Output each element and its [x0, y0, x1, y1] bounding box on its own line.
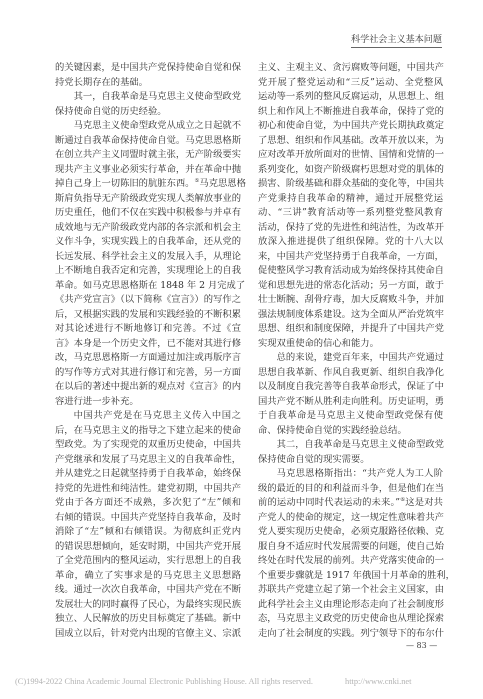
text-line: 党由于各方面还不成熟，多次犯了“左”倾和 [55, 496, 241, 511]
text-segment: 掉自己身上一切陈旧的肮脏东西。 [55, 178, 194, 189]
text-line: 了思想、组织和作风基础。改革开放以来，为 [258, 134, 443, 149]
text-line: 放深入推进提供了组织保障。党的十八大以 [258, 235, 443, 250]
text-line: 的关键因素，是中国共产党保持使命自觉和保 [55, 61, 241, 76]
text-line: 上不断地自我否定和完善，实现理论上的自我 [55, 264, 241, 279]
text-line: 国共产党不断从胜利走向胜利。历史证明，勇 [258, 395, 443, 410]
text-segment: 马克思恩格 [199, 178, 246, 189]
footer-url-link[interactable]: http://www.cnki.net [345, 677, 411, 687]
text-line: 强法规制度体系建设。这为全面从严治党筑牢 [258, 308, 443, 323]
text-line: 持党的先进性和纯洁性。建党初期，中国共产 [55, 482, 241, 497]
text-line: 活动，保持了党的先进性和纯洁性，为改革开 [258, 221, 443, 236]
text-line: 系列变化，如资产阶级腐朽思想对党的肌体的 [258, 163, 443, 178]
text-line: 国成立以后，针对党内出现的官僚主义、宗派 [55, 627, 241, 642]
text-line: 独立、人民解放的历史目标奠定了基础。新中 [55, 612, 241, 627]
text-line: 的错误思想倾向，延安时期，中国共产党开展 [55, 540, 241, 555]
subheading-line: 保持使命自觉的历史经验。 [55, 105, 241, 120]
text-line: 苏联共产党建立起了第一个社会主义国家，由 [258, 583, 443, 598]
text-line: 斯肩负指导无产阶级政党实现人类解放事业的 [55, 192, 241, 207]
text-line: 线。通过一次次自我革命，中国共产党在不断 [55, 583, 241, 598]
subheading-line: 其一，自我革命是马克思主义使命型政党 [55, 90, 241, 105]
text-line: 马克思主义使命型政党从成立之日起就不 [55, 119, 241, 134]
text-line: 的写作等方式对其进行修订和完善，另一方面 [55, 366, 241, 381]
text-line: 产党人的使命的规定，这一规定性意味着共产 [258, 511, 443, 526]
text-line: 在创立共产主义同盟时就主张，无产阶级要实 [55, 148, 241, 163]
text-line: 以及制度自我完善等自我革命形式，保证了中 [258, 380, 443, 395]
text-line: 于自我革命是马克思主义使命型政党保有使 [258, 409, 443, 424]
text-line: 了全党范围内的整风运动，实行思想上的自我 [55, 554, 241, 569]
text-line: 长远发展、科学社会主义的发展入手，从理论 [55, 250, 241, 265]
text-line: 现共产主义事业必须实行革命，并在革命中抛 [55, 163, 241, 178]
text-line: 消除了“左”倾和右倾错误。为彻底纠正党内 [55, 525, 241, 540]
text-line: 走向了社会制度的实践。列宁领导下的布尔什 [258, 627, 443, 642]
text-line: 党开展了整党运动和“三反”运动、全党整风 [258, 76, 443, 91]
text-line: 持党长期存在的基础。 [55, 76, 241, 91]
text-line: 言》本身是一个历史文件，已不能对其进行修 [55, 337, 241, 352]
text-line: 总的来说，建党百年来，中国共产党通过 [258, 351, 443, 366]
text-line: 此科学社会主义由理论形态走向了社会制度形 [258, 598, 443, 613]
page-number: — 83 — [406, 641, 437, 651]
text-line: 初心和使命自觉，为中国共产党长期执政奠定 [258, 119, 443, 134]
text-line: 个重要步骤就是 1917 年俄国十月革命的胜利， [258, 569, 443, 584]
text-line: 壮士断腕、刮骨疗毒，加大反腐败斗争，并加 [258, 293, 443, 308]
text-line: 前的运动中同时代表运动的未来。”⑥这是对共 [258, 496, 443, 511]
text-line: 中国共产党是在马克思主义传入中国之 [55, 409, 241, 424]
text-line: 马克思恩格斯指出：“共产党人为工人阶 [258, 467, 443, 482]
text-line: 革命，确立了实事求是的马克思主义思想路 [55, 569, 241, 584]
running-head: 科学社会主义基本问题 [351, 35, 442, 48]
text-line: 应对改革开放所面对的世情、国情和党情的一 [258, 148, 443, 163]
text-line: 服自身不适应时代发展需要的问题，使自己始 [258, 540, 443, 555]
text-line: 觉和思想先进的常态化活动；另一方面，敢于 [258, 279, 443, 294]
text-line: 型政党。为了实现党的双重历史使命，中国共 [55, 438, 241, 453]
left-column: 的关键因素，是中国共产党保持使命自觉和保 持党长期存在的基础。 其一，自我革命是… [55, 61, 241, 641]
text-line: 主义、主观主义、贪污腐败等问题，中国共产 [258, 61, 443, 76]
text-line: 终处在时代发展的前列。共产党落实使命的一 [258, 554, 443, 569]
text-line: 命、保持使命自觉的实践经验总结。 [258, 424, 443, 439]
text-line: 成效地与无产阶级政党内部的各宗派和机会主 [55, 221, 241, 236]
text-line: 党人要实现历史使命，必须克服路径依赖、克 [258, 525, 443, 540]
text-line: 来，中国共产党坚持勇于自我革命，一方面， [258, 250, 443, 265]
text-line: 改，马克思恩格斯一方面通过加注或再版序言 [55, 351, 241, 366]
footer-copyright: (C)1994-2022 China Academic Journal Elec… [15, 677, 313, 687]
text-segment: 前的运动中同时代表运动的未来。” [258, 497, 400, 508]
subheading-line: 保持使命自觉的现实需要。 [258, 453, 443, 468]
text-line: 产党继承和发展了马克思主义的自我革命性， [55, 453, 241, 468]
text-line: 并从建党之日起就坚持勇于自我革命，始终保 [55, 467, 241, 482]
journal-page: 科学社会主义基本问题 的关键因素，是中国共产党保持使命自觉和保 持党长期存在的基… [0, 0, 483, 699]
text-line: 后，又根据实践的发展和实践经验的不断积累 [55, 308, 241, 323]
text-line: 《共产党宣言》（以下简称《宣言》）的写作之 [55, 293, 241, 308]
text-line: 损害、阶级基础和群众基础的变化等，中国共 [258, 177, 443, 192]
text-line: 容进行进一步补充。 [55, 395, 241, 410]
text-line: 动、“三讲”教育活动等一系列整党整风教育 [258, 206, 443, 221]
text-line: 掉自己身上一切陈旧的肮脏东西。⑤马克思恩格 [55, 177, 241, 192]
text-line: 产党秉持自我革命的精神，通过开展整党运 [258, 192, 443, 207]
text-line: 右倾的错误。中国共产党坚持自我革命，及时 [55, 511, 241, 526]
text-line: 断通过自我革命保持使命自觉。马克思恩格斯 [55, 134, 241, 149]
text-line: 思想自我革新、作风自我更新、组织自我净化 [258, 366, 443, 381]
right-column: 主义、主观主义、贪污腐败等问题，中国共产 党开展了整党运动和“三反”运动、全党整… [258, 61, 443, 641]
text-line: 革命。如马克思恩格斯在 1848 年 2 月完成了 [55, 279, 241, 294]
text-line: 后，在马克思主义的指导之下建立起来的使命 [55, 424, 241, 439]
text-line: 历史重任，他们不仅在实践中积极参与并卓有 [55, 206, 241, 221]
text-segment: 这是对共 [405, 497, 443, 508]
text-line: 织上和作风上不断推进自我革命，保持了党的 [258, 105, 443, 120]
text-line: 实现双重使命的信心和能力。 [258, 337, 443, 352]
text-line: 发展壮大的同时赢得了民心，为最终实现民族 [55, 598, 241, 613]
text-line: 对其论述进行不断地修订和完善。不过《宣 [55, 322, 241, 337]
text-line: 态，马克思主义政党的历史使命也从理论探索 [258, 612, 443, 627]
text-line: 级的最近的目的和利益而斗争，但是他们在当 [258, 482, 443, 497]
text-line: 思想、组织和制度保障，并提升了中国共产党 [258, 322, 443, 337]
text-line: 运动等一系列的整风反腐运动，从思想上、组 [258, 90, 443, 105]
text-line: 在以后的著述中提出新的观点对《宣言》的内 [55, 380, 241, 395]
subheading-line: 其二，自我革命是马克思主义使命型政党 [258, 438, 443, 453]
text-line: 义作斗争，实现实践上的自我革命，还从党的 [55, 235, 241, 250]
text-line: 促使整风学习教育活动成为始终保持其使命自 [258, 264, 443, 279]
